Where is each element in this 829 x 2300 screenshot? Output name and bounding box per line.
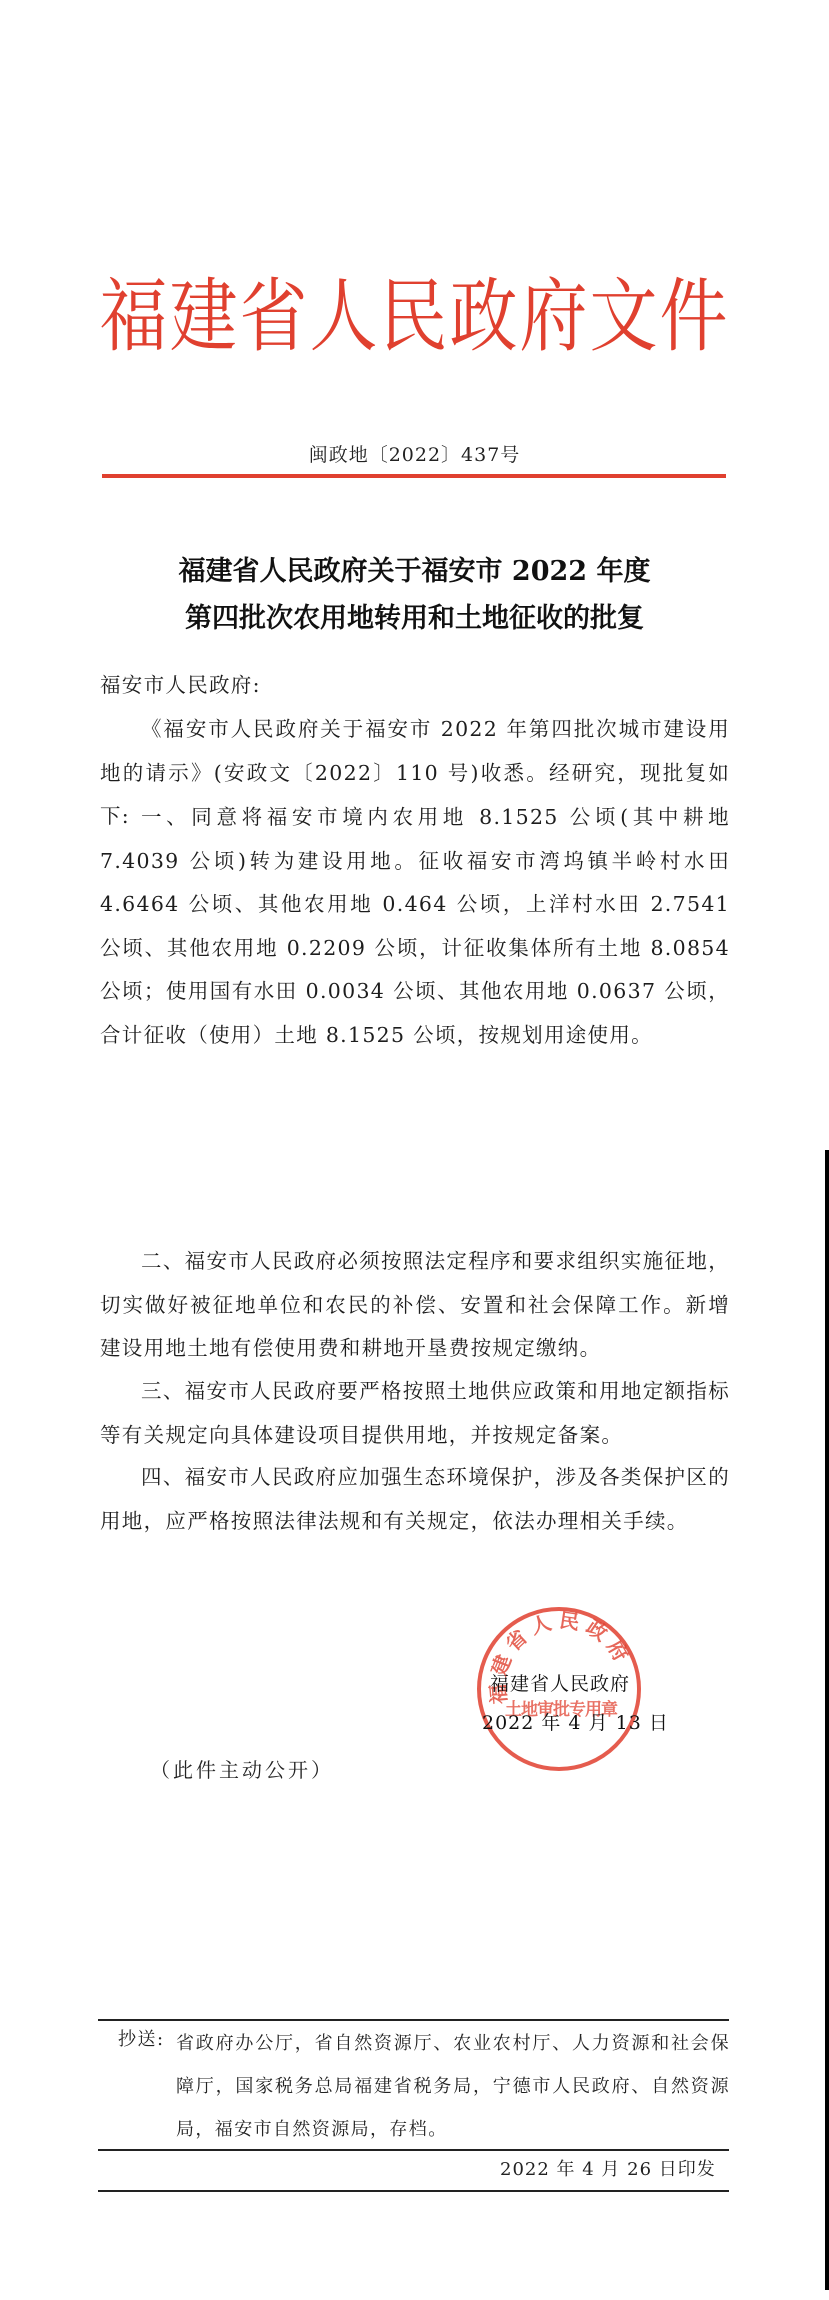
cc-label: 抄送: bbox=[118, 2028, 165, 2052]
title-line-2: 第四批次农用地转用和土地征收的批复 bbox=[0, 595, 829, 642]
footer-bottom-rule bbox=[98, 2190, 729, 2192]
item-4-paragraph: 四、福安市人民政府应加强生态环境保护，涉及各类保护区的用地，应严格按照法律法规和… bbox=[100, 1456, 730, 1543]
item-2-paragraph: 二、福安市人民政府必须按照法定程序和要求组织实施征地，切实做好被征地单位和农民的… bbox=[100, 1240, 730, 1371]
addressee: 福安市人民政府: bbox=[100, 664, 730, 708]
document-title: 福建省人民政府关于福安市 2022 年度 第四批次农用地转用和土地征收的批复 bbox=[0, 548, 829, 642]
print-date: 2022 年 4 月 26 日印发 bbox=[500, 2158, 716, 2182]
title-line-1: 福建省人民政府关于福安市 2022 年度 bbox=[0, 548, 829, 595]
document-number: 闽政地〔2022〕437号 bbox=[0, 443, 829, 467]
item-3-paragraph: 三、福安市人民政府要严格按照土地供应政策和用地定额指标等有关规定向具体建设项目提… bbox=[100, 1370, 730, 1457]
public-disclosure-note: （此件主动公开） bbox=[150, 1757, 334, 1783]
red-separator-rule bbox=[102, 474, 726, 478]
signature-issuer: 福建省人民政府 bbox=[490, 1672, 630, 1696]
item-1-paragraph: 一、同意将福安市境内农用地 8.1525 公顷(其中耕地 7.4039 公顷)转… bbox=[100, 796, 730, 1057]
footer-top-rule bbox=[98, 2019, 729, 2021]
cc-recipients: 省政府办公厅，省自然资源厅、农业农村厅、人力资源和社会保障厅，国家税务总局福建省… bbox=[176, 2022, 730, 2151]
scan-edge-bar bbox=[825, 1150, 829, 2290]
signature-date: 2022 年 4 月 13 日 bbox=[482, 1711, 669, 1735]
footer-middle-rule bbox=[98, 2149, 729, 2151]
document-issuer-header: 福建省人民政府文件 bbox=[0, 259, 829, 377]
